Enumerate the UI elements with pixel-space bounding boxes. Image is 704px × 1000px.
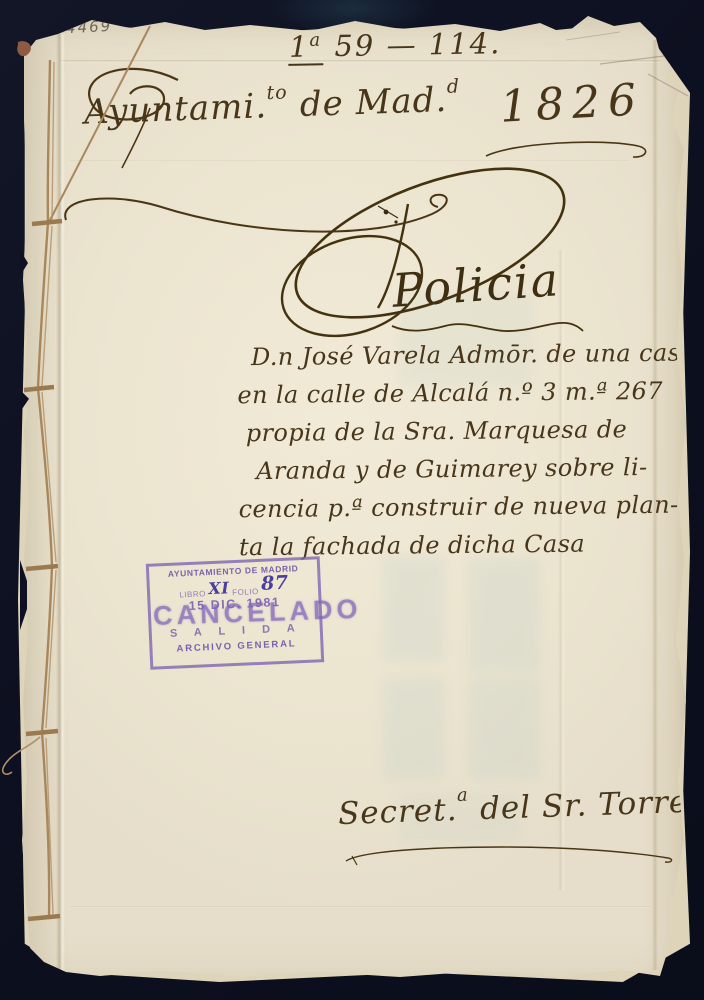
institution-part1: Ayuntami.	[83, 86, 267, 132]
institution-superscript-to: to	[266, 81, 288, 104]
body-line: cencia p.ª construir de nueva plan-	[238, 486, 674, 529]
manuscript-page: 4469 1a 59 — 114. Ayuntami.to de Mad.d 1…	[0, 0, 704, 1000]
manuscript-body: D.n José Varela Admōr. de una casa en la…	[237, 334, 675, 567]
institution-superscript-d: d	[446, 75, 460, 97]
document-year: 1826	[499, 74, 645, 132]
archive-cancellation-stamp: AYUNTAMIENTO DE MADRID LIBRO XI FOLIO 87…	[146, 556, 324, 669]
body-line: D.n José Varela Admōr. de una casa	[237, 334, 673, 377]
folio-reference-rest: 59 — 114.	[323, 26, 502, 63]
body-line: en la calle de Alcalá n.º 3 m.ª 267	[237, 372, 673, 415]
stamp-folio-value-handwritten: 87	[261, 572, 289, 595]
body-line: Aranda y de Guimarey sobre li-	[238, 448, 674, 491]
institution-part2: de Mad.	[287, 80, 447, 126]
footer-rest: del Sr. Torre	[469, 784, 689, 828]
folio-reference-number: 1	[289, 29, 310, 63]
stamp-archivo-general: ARCHIVO GENERAL	[152, 637, 320, 655]
scanned-document-background: 4469 1a 59 — 114. Ayuntami.to de Mad.d 1…	[0, 0, 704, 1000]
footer-superscript: a	[457, 784, 469, 805]
footer-pre: Secret.	[337, 792, 458, 832]
stamp-libro-value-handwritten: XI	[208, 578, 230, 598]
pencil-archive-number: 4469	[66, 17, 113, 37]
folio-reference: 1a 59 — 114.	[288, 26, 502, 64]
folio-reference-superscript: a	[309, 30, 322, 51]
body-line: propia de la Sra. Marquesa de	[238, 410, 674, 453]
